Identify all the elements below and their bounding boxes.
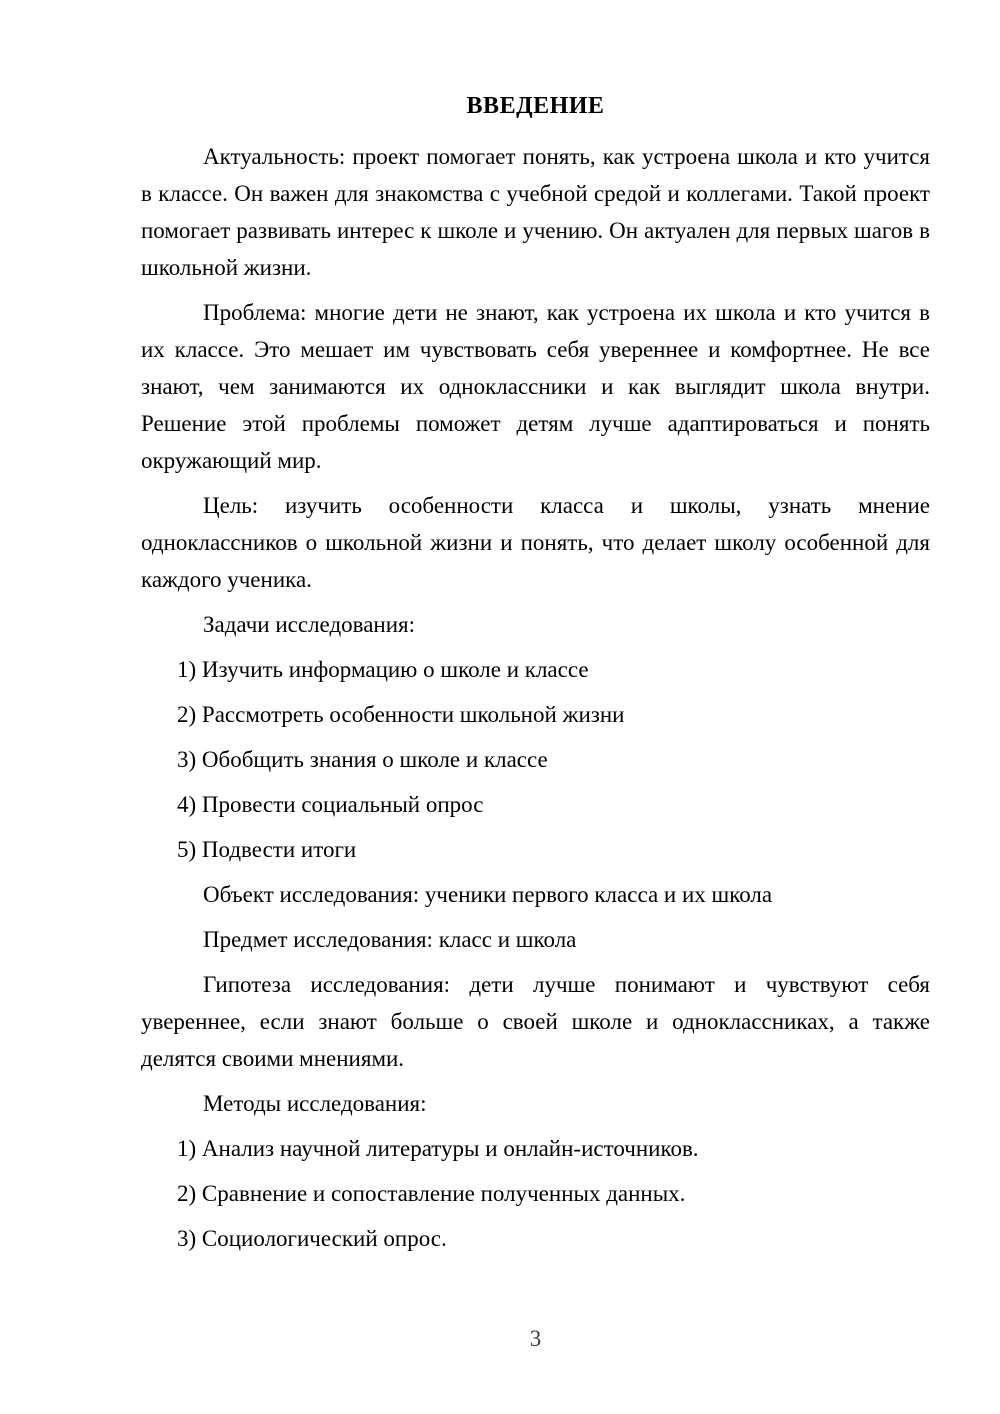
- paragraph-problem: Проблема: многие дети не знают, как устр…: [141, 294, 930, 479]
- method-item-1: 1) Анализ научной литературы и онлайн-ис…: [141, 1130, 930, 1167]
- task-item-1: 1) Изучить информацию о школе и классе: [141, 651, 930, 688]
- task-item-3: 3) Обобщить знания о школе и классе: [141, 741, 930, 778]
- task-item-4: 4) Провести социальный опрос: [141, 786, 930, 823]
- page-number: 3: [141, 1320, 930, 1357]
- task-item-2: 2) Рассмотреть особенности школьной жизн…: [141, 696, 930, 733]
- document-body: ВВЕДЕНИЕ Актуальность: проект помогает п…: [141, 88, 930, 1265]
- document-page: ВВЕДЕНИЕ Актуальность: проект помогает п…: [0, 0, 1000, 1414]
- paragraph-methods-heading: Методы исследования:: [141, 1085, 930, 1122]
- page-title: ВВЕДЕНИЕ: [141, 88, 930, 125]
- paragraph-goal: Цель: изучить особенности класса и школы…: [141, 487, 930, 598]
- paragraph-object: Объект исследования: ученики первого кла…: [141, 876, 930, 913]
- paragraph-hypothesis: Гипотеза исследования: дети лучше понима…: [141, 966, 930, 1077]
- paragraph-tasks-heading: Задачи исследования:: [141, 606, 930, 643]
- paragraph-relevance: Актуальность: проект помогает понять, ка…: [141, 138, 930, 286]
- paragraph-subject: Предмет исследования: класс и школа: [141, 921, 930, 958]
- method-item-2: 2) Сравнение и сопоставление полученных …: [141, 1175, 930, 1212]
- task-item-5: 5) Подвести итоги: [141, 831, 930, 868]
- method-item-3: 3) Социологический опрос.: [141, 1220, 930, 1257]
